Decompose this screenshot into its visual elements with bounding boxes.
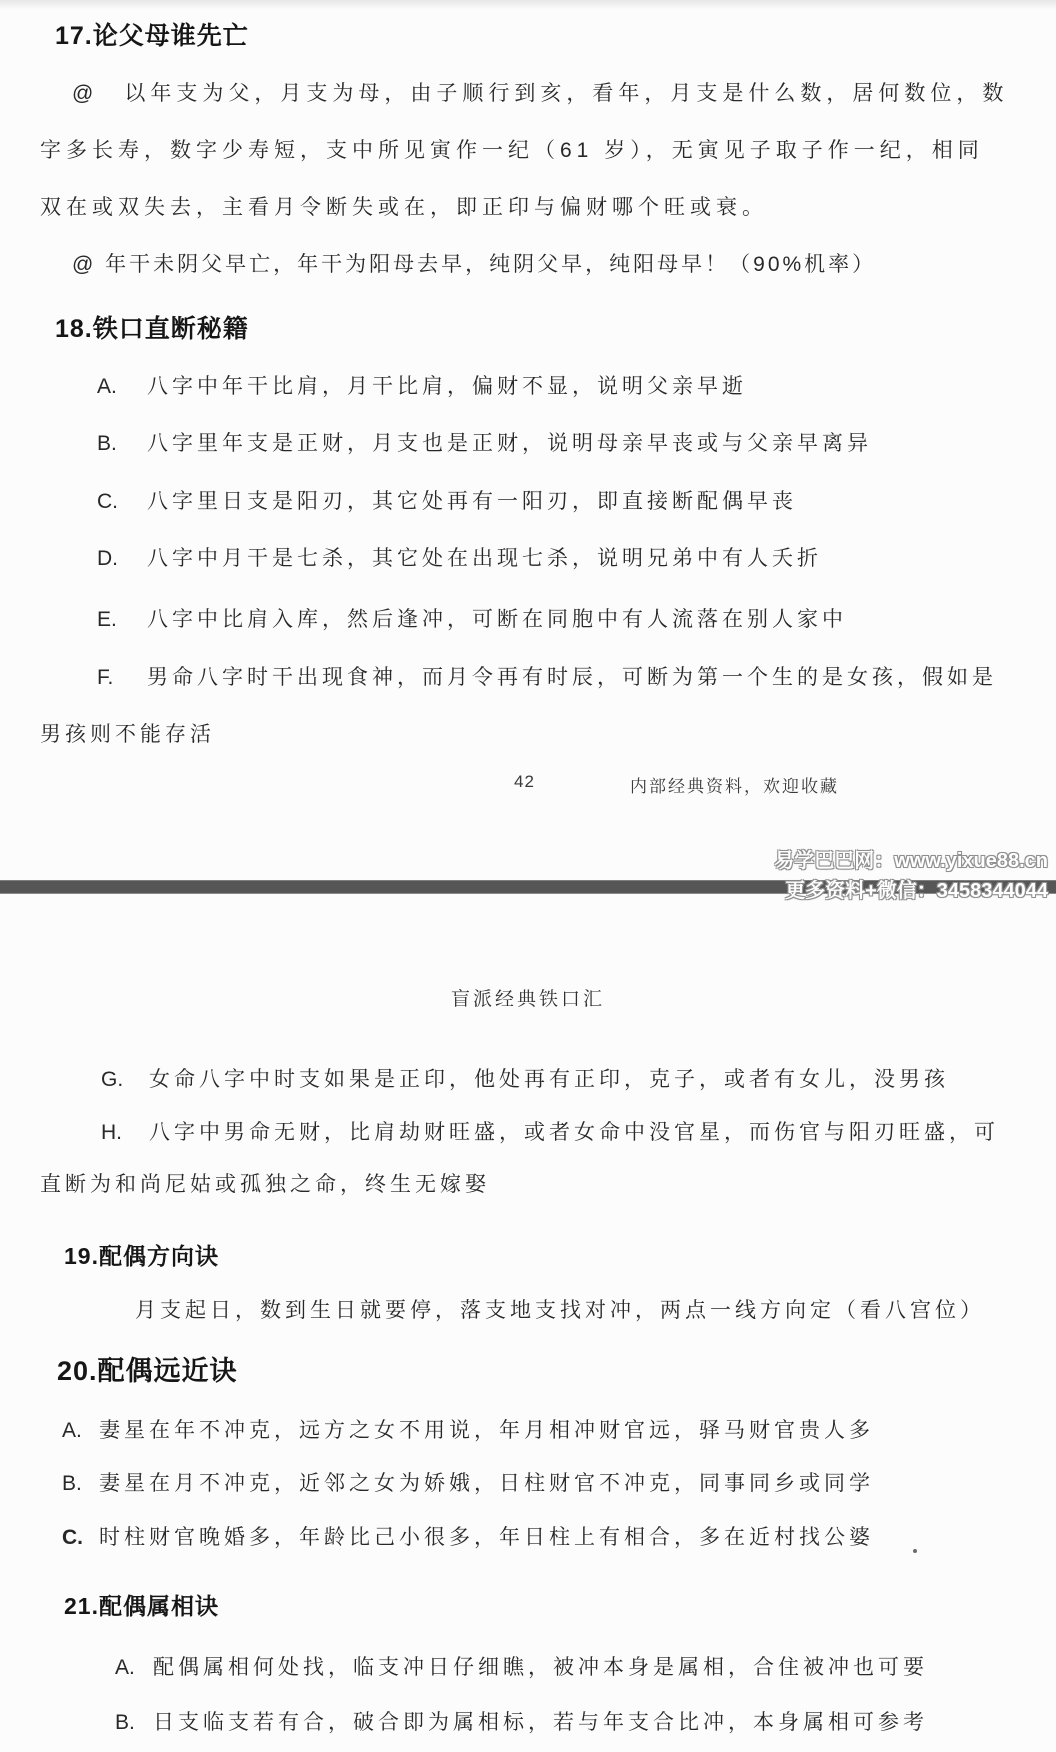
list-item-label: E. bbox=[97, 608, 147, 632]
list-item-18d: D.八字中月干是七杀，其它处在出现七杀，说明兄弟中有人夭折 bbox=[97, 542, 822, 572]
list-item-label: H. bbox=[101, 1121, 149, 1145]
list-item-20a: A.妻星在年不冲克，远方之女不用说，年月相冲财官远，驿马财官贵人多 bbox=[62, 1414, 874, 1444]
list-item-text: 八字里日支是阳刃，其它处再有一阳刃，即直接断配偶早丧 bbox=[147, 490, 797, 513]
list-item-label: A. bbox=[62, 1419, 99, 1443]
section-17-paragraph-2: @ 年干未阴父早亡，年干为阳母去早，纯阴父早，纯阳母早！（90%机率） bbox=[72, 248, 876, 278]
section-19-heading: 19.配偶方向诀 bbox=[64, 1238, 219, 1271]
list-item-21b: B.日支临支若有合，破合即为属相标，若与年支合比冲，本身属相可参考 bbox=[115, 1706, 928, 1736]
list-item-text: 时柱财官晚婚多，年龄比己小很多，年日柱上有相合，多在近村找公婆 bbox=[99, 1526, 874, 1549]
scanned-document-page: 17.论父母谁先亡 @ 以年支为父，月支为母，由子顺行到亥，看年，月支是什么数，… bbox=[0, 0, 1056, 1752]
list-item-text: 妻星在月不冲克，近邻之女为娇娥，日柱财官不冲克，同事同乡或同学 bbox=[99, 1472, 874, 1495]
section-17-paragraph-line-1: @ 以年支为父，月支为母，由子顺行到亥，看年，月支是什么数，居何数位，数 bbox=[72, 77, 1008, 107]
footer-note: 内部经典资料，欢迎收藏 bbox=[630, 772, 839, 797]
list-item-text: 妻星在年不冲克，远方之女不用说，年月相冲财官远，驿马财官贵人多 bbox=[99, 1419, 874, 1442]
list-item-label: B. bbox=[97, 432, 147, 456]
page-footer: 42 内部经典资料，欢迎收藏 bbox=[0, 770, 1056, 792]
list-item-text: 八字中男命无财，比肩劫财旺盛，或者女命中没官星，而伤官与阳刃旺盛，可 bbox=[149, 1121, 999, 1144]
scan-speck bbox=[913, 1549, 917, 1553]
scan-edge-shading bbox=[0, 0, 1056, 10]
section-17-heading: 17.论父母谁先亡 bbox=[55, 16, 249, 52]
list-item-text: 八字中比肩入库，然后逢冲，可断在同胞中有人流落在别人家中 bbox=[147, 608, 847, 631]
list-item-18f: F.男命八字时干出现食神，而月令再有时辰，可断为第一个生的是女孩，假如是 bbox=[97, 661, 997, 691]
list-item-text: 日支临支若有合，破合即为属相标，若与年支合比冲，本身属相可参考 bbox=[153, 1711, 928, 1734]
list-item-18c: C.八字里日支是阳刃，其它处再有一阳刃，即直接断配偶早丧 bbox=[97, 485, 797, 515]
list-item-h: H.八字中男命无财，比肩劫财旺盛，或者女命中没官星，而伤官与阳刃旺盛，可 bbox=[101, 1116, 999, 1146]
list-item-18f-continuation: 男孩则不能存活 bbox=[40, 718, 215, 748]
list-item-label: B. bbox=[62, 1472, 99, 1496]
watermark: 易学巴巴网：www.yixue88.cn 更多资料+微信：3458344044 bbox=[774, 846, 1048, 906]
list-item-text: 八字里年支是正财，月支也是正财，说明母亲早丧或与父亲早离异 bbox=[147, 432, 872, 455]
list-item-text: 男命八字时干出现食神，而月令再有时辰，可断为第一个生的是女孩，假如是 bbox=[147, 666, 997, 689]
list-item-h-continuation: 直断为和尚尼姑或孤独之命，终生无嫁娶 bbox=[40, 1168, 490, 1198]
list-item-20b: B.妻星在月不冲克，近邻之女为娇娥，日柱财官不冲克，同事同乡或同学 bbox=[62, 1467, 874, 1497]
list-item-label: C. bbox=[62, 1526, 99, 1550]
list-item-g: G.女命八字中时支如果是正印，他处再有正印，克子，或者有女儿，没男孩 bbox=[101, 1063, 949, 1093]
watermark-contact-line: 更多资料+微信：3458344044 bbox=[774, 876, 1048, 906]
watermark-site-line: 易学巴巴网：www.yixue88.cn bbox=[774, 846, 1048, 876]
page-number: 42 bbox=[514, 772, 535, 792]
list-item-18e: E.八字中比肩入库，然后逢冲，可断在同胞中有人流落在别人家中 bbox=[97, 603, 847, 633]
list-item-18b: B.八字里年支是正财，月支也是正财，说明母亲早丧或与父亲早离异 bbox=[97, 427, 872, 457]
document-title: 盲派经典铁口汇 bbox=[0, 984, 1056, 1011]
list-item-21a: A.配偶属相何处找，临支冲日仔细瞧，被冲本身是属相，合住被冲也可要 bbox=[115, 1651, 928, 1681]
list-item-label: A. bbox=[115, 1656, 153, 1680]
list-item-label: C. bbox=[97, 490, 147, 514]
list-item-label: A. bbox=[97, 375, 147, 399]
section-19-paragraph: 月支起日，数到生日就要停，落支地支找对冲，两点一线方向定（看八宫位） bbox=[135, 1294, 985, 1324]
list-item-label: F. bbox=[97, 666, 147, 690]
list-item-text: 八字中年干比肩，月干比肩，偏财不显，说明父亲早逝 bbox=[147, 375, 747, 398]
list-item-label: D. bbox=[97, 547, 147, 571]
section-21-heading: 21.配偶属相诀 bbox=[64, 1588, 219, 1621]
section-18-heading: 18.铁口直断秘籍 bbox=[55, 309, 249, 345]
list-item-text: 女命八字中时支如果是正印，他处再有正印，克子，或者有女儿，没男孩 bbox=[149, 1068, 949, 1091]
list-item-text: 配偶属相何处找，临支冲日仔细瞧，被冲本身是属相，合住被冲也可要 bbox=[153, 1656, 928, 1679]
list-item-label: G. bbox=[101, 1068, 149, 1092]
list-item-text: 八字中月干是七杀，其它处在出现七杀，说明兄弟中有人夭折 bbox=[147, 547, 822, 570]
section-20-heading: 20.配偶远近诀 bbox=[57, 1349, 238, 1388]
list-item-20c: C.时柱财官晚婚多，年龄比己小很多，年日柱上有相合，多在近村找公婆 bbox=[62, 1521, 874, 1551]
section-17-paragraph-line-3: 双在或双失去，主看月令断失或在，即正印与偏财哪个旺或衰。 bbox=[40, 191, 768, 221]
list-item-18a: A.八字中年干比肩，月干比肩，偏财不显，说明父亲早逝 bbox=[97, 370, 747, 400]
section-17-paragraph-line-2: 字多长寿，数字少寿短，支中所见寅作一纪（61 岁），无寅见子取子作一纪，相同 bbox=[40, 134, 984, 164]
list-item-label: B. bbox=[115, 1711, 153, 1735]
